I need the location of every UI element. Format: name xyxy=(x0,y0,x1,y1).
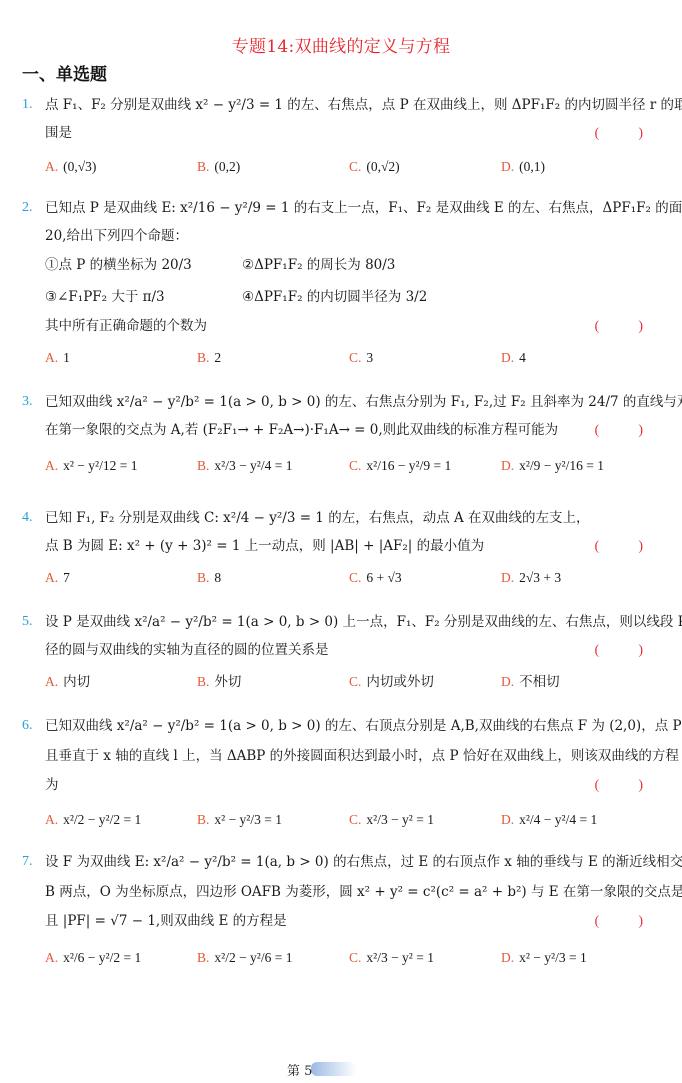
answer-blank[interactable]: ( ) xyxy=(595,313,661,339)
answer-blank[interactable]: ( ) xyxy=(595,771,661,799)
option-a[interactable]: A.7 xyxy=(45,563,70,593)
proposition-2: ②ΔPF₁F₂ 的周长为 80/3 xyxy=(242,249,395,281)
question-number: 7. xyxy=(22,847,33,877)
option-a[interactable]: A.(0,√3) xyxy=(45,152,96,182)
option-c[interactable]: C.内切或外切 xyxy=(349,667,434,697)
question-text-line: B 两点，O 为坐标原点，四边形 OAFB 为菱形，圆 x² + y² = c²… xyxy=(45,877,682,907)
options-row: A.x²/6 − y²/2 = 1 B.x²/2 − y²/6 = 1 C.x²… xyxy=(22,943,667,973)
option-a[interactable]: A.x²/6 − y²/2 = 1 xyxy=(45,943,141,973)
question-text-line: 已知点 P 是双曲线 E: x²/16 − y²/9 = 1 的右支上一点，F₁… xyxy=(45,193,682,223)
page-title: 专题14:双曲线的定义与方程 xyxy=(0,32,682,57)
question-5: 5. 设 P 是双曲线 x²/a² − y²/b² = 1(a > 0, b >… xyxy=(22,607,667,697)
question-text-line: 为 xyxy=(45,771,59,799)
answer-blank[interactable]: ( ) xyxy=(595,120,661,146)
options-row: A.(0,√3) B.(0,2) C.(0,√2) D.(0,1) xyxy=(22,152,667,182)
question-1: 1. 点 F₁、F₂ 分别是双曲线 x² − y²/3 = 1 的左、右焦点，点… xyxy=(22,90,667,182)
question-text-line: 已知双曲线 x²/a² − y²/b² = 1(a > 0, b > 0) 的左… xyxy=(45,387,682,417)
question-3: 3. 已知双曲线 x²/a² − y²/b² = 1(a > 0, b > 0)… xyxy=(22,387,667,481)
question-number: 5. xyxy=(22,607,33,637)
option-c[interactable]: C.x²/3 − y² = 1 xyxy=(349,805,434,835)
options-row: A.x² − y²/12 = 1 B.x²/3 − y²/4 = 1 C.x²/… xyxy=(22,451,667,481)
question-6: 6. 已知双曲线 x²/a² − y²/b² = 1(a > 0, b > 0)… xyxy=(22,711,667,835)
proposition-3: ③∠F₁PF₂ 大于 π/3 xyxy=(45,281,165,313)
option-d[interactable]: D.4 xyxy=(501,343,526,373)
options-row: A.7 B.8 C.6 + √3 D.2√3 + 3 xyxy=(22,563,667,593)
option-b[interactable]: B.外切 xyxy=(197,667,241,697)
question-4: 4. 已知 F₁, F₂ 分别是双曲线 C: x²/4 − y²/3 = 1 的… xyxy=(22,503,667,593)
options-row: A.1 B.2 C.3 D.4 xyxy=(22,343,667,373)
question-text-line: 且垂直于 x 轴的直线 l 上，当 ΔABP 的外接圆面积达到最小时，点 P 恰… xyxy=(45,741,679,771)
option-b[interactable]: B.x²/2 − y²/6 = 1 xyxy=(197,943,292,973)
option-c[interactable]: C.(0,√2) xyxy=(349,152,400,182)
question-text-line: 20,给出下列四个命题： xyxy=(45,223,188,249)
option-b[interactable]: B.8 xyxy=(197,563,221,593)
option-d[interactable]: D.x²/9 − y²/16 = 1 xyxy=(501,451,604,481)
option-d[interactable]: D.x² − y²/3 = 1 xyxy=(501,943,587,973)
answer-blank[interactable]: ( ) xyxy=(595,417,661,443)
question-closing: 其中所有正确命题的个数为 xyxy=(45,313,207,339)
option-d[interactable]: D.x²/4 − y²/4 = 1 xyxy=(501,805,597,835)
option-c[interactable]: C.x²/16 − y²/9 = 1 xyxy=(349,451,451,481)
section-heading: 一、单选题 xyxy=(22,60,107,85)
answer-blank[interactable]: ( ) xyxy=(595,533,661,559)
option-b[interactable]: B.2 xyxy=(197,343,221,373)
options-row: A.内切 B.外切 C.内切或外切 D.不相切 xyxy=(22,667,667,697)
option-d[interactable]: D.2√3 + 3 xyxy=(501,563,561,593)
question-7: 7. 设 F 为双曲线 E: x²/a² − y²/b² = 1(a, b > … xyxy=(22,847,667,973)
question-number: 4. xyxy=(22,503,33,533)
question-text-line: 在第一象限的交点为 A,若 (F₂F₁→ + F₂A→)·F₁A→ = 0,则此… xyxy=(45,417,558,443)
question-number: 3. xyxy=(22,387,33,417)
question-text-line: 围是 xyxy=(45,120,72,146)
page-number-highlight xyxy=(311,1062,356,1076)
question-text-line: 点 F₁、F₂ 分别是双曲线 x² − y²/3 = 1 的左、右焦点，点 P … xyxy=(45,90,682,120)
option-c[interactable]: C.3 xyxy=(349,343,373,373)
page-number: 第 5 xyxy=(287,1060,312,1079)
proposition-4: ④ΔPF₁F₂ 的内切圆半径为 3/2 xyxy=(242,281,427,313)
answer-blank[interactable]: ( ) xyxy=(595,637,661,663)
option-c[interactable]: C.6 + √3 xyxy=(349,563,402,593)
option-c[interactable]: C.x²/3 − y² = 1 xyxy=(349,943,434,973)
answer-blank[interactable]: ( ) xyxy=(595,907,661,935)
question-2: 2. 已知点 P 是双曲线 E: x²/16 − y²/9 = 1 的右支上一点… xyxy=(22,193,667,373)
question-text-line: 已知 F₁, F₂ 分别是双曲线 C: x²/4 − y²/3 = 1 的左，右… xyxy=(45,503,590,533)
question-number: 2. xyxy=(22,193,33,223)
question-text-line: 设 P 是双曲线 x²/a² − y²/b² = 1(a > 0, b > 0)… xyxy=(45,607,682,637)
question-text-line: 点 B 为圆 E: x² + (y + 3)² = 1 上一动点，则 |AB| … xyxy=(45,533,484,559)
question-number: 6. xyxy=(22,711,33,741)
question-text-line: 径的圆与双曲线的实轴为直径的圆的位置关系是 xyxy=(45,637,329,663)
option-b[interactable]: B.x²/3 − y²/4 = 1 xyxy=(197,451,292,481)
option-a[interactable]: A.内切 xyxy=(45,667,90,697)
question-text-line: 且 |PF| = √7 − 1,则双曲线 E 的方程是 xyxy=(45,907,287,935)
option-b[interactable]: B.(0,2) xyxy=(197,152,240,182)
option-b[interactable]: B.x² − y²/3 = 1 xyxy=(197,805,282,835)
options-row: A.x²/2 − y²/2 = 1 B.x² − y²/3 = 1 C.x²/3… xyxy=(22,805,667,835)
option-d[interactable]: D.不相切 xyxy=(501,667,560,697)
option-d[interactable]: D.(0,1) xyxy=(501,152,545,182)
option-a[interactable]: A.x²/2 − y²/2 = 1 xyxy=(45,805,141,835)
option-a[interactable]: A.x² − y²/12 = 1 xyxy=(45,451,137,481)
option-a[interactable]: A.1 xyxy=(45,343,70,373)
question-text-line: 已知双曲线 x²/a² − y²/b² = 1(a > 0, b > 0) 的左… xyxy=(45,711,682,741)
proposition-1: ①点 P 的横坐标为 20/3 xyxy=(45,249,192,281)
question-text-line: 设 F 为双曲线 E: x²/a² − y²/b² = 1(a, b > 0) … xyxy=(45,847,682,877)
question-number: 1. xyxy=(22,90,33,120)
